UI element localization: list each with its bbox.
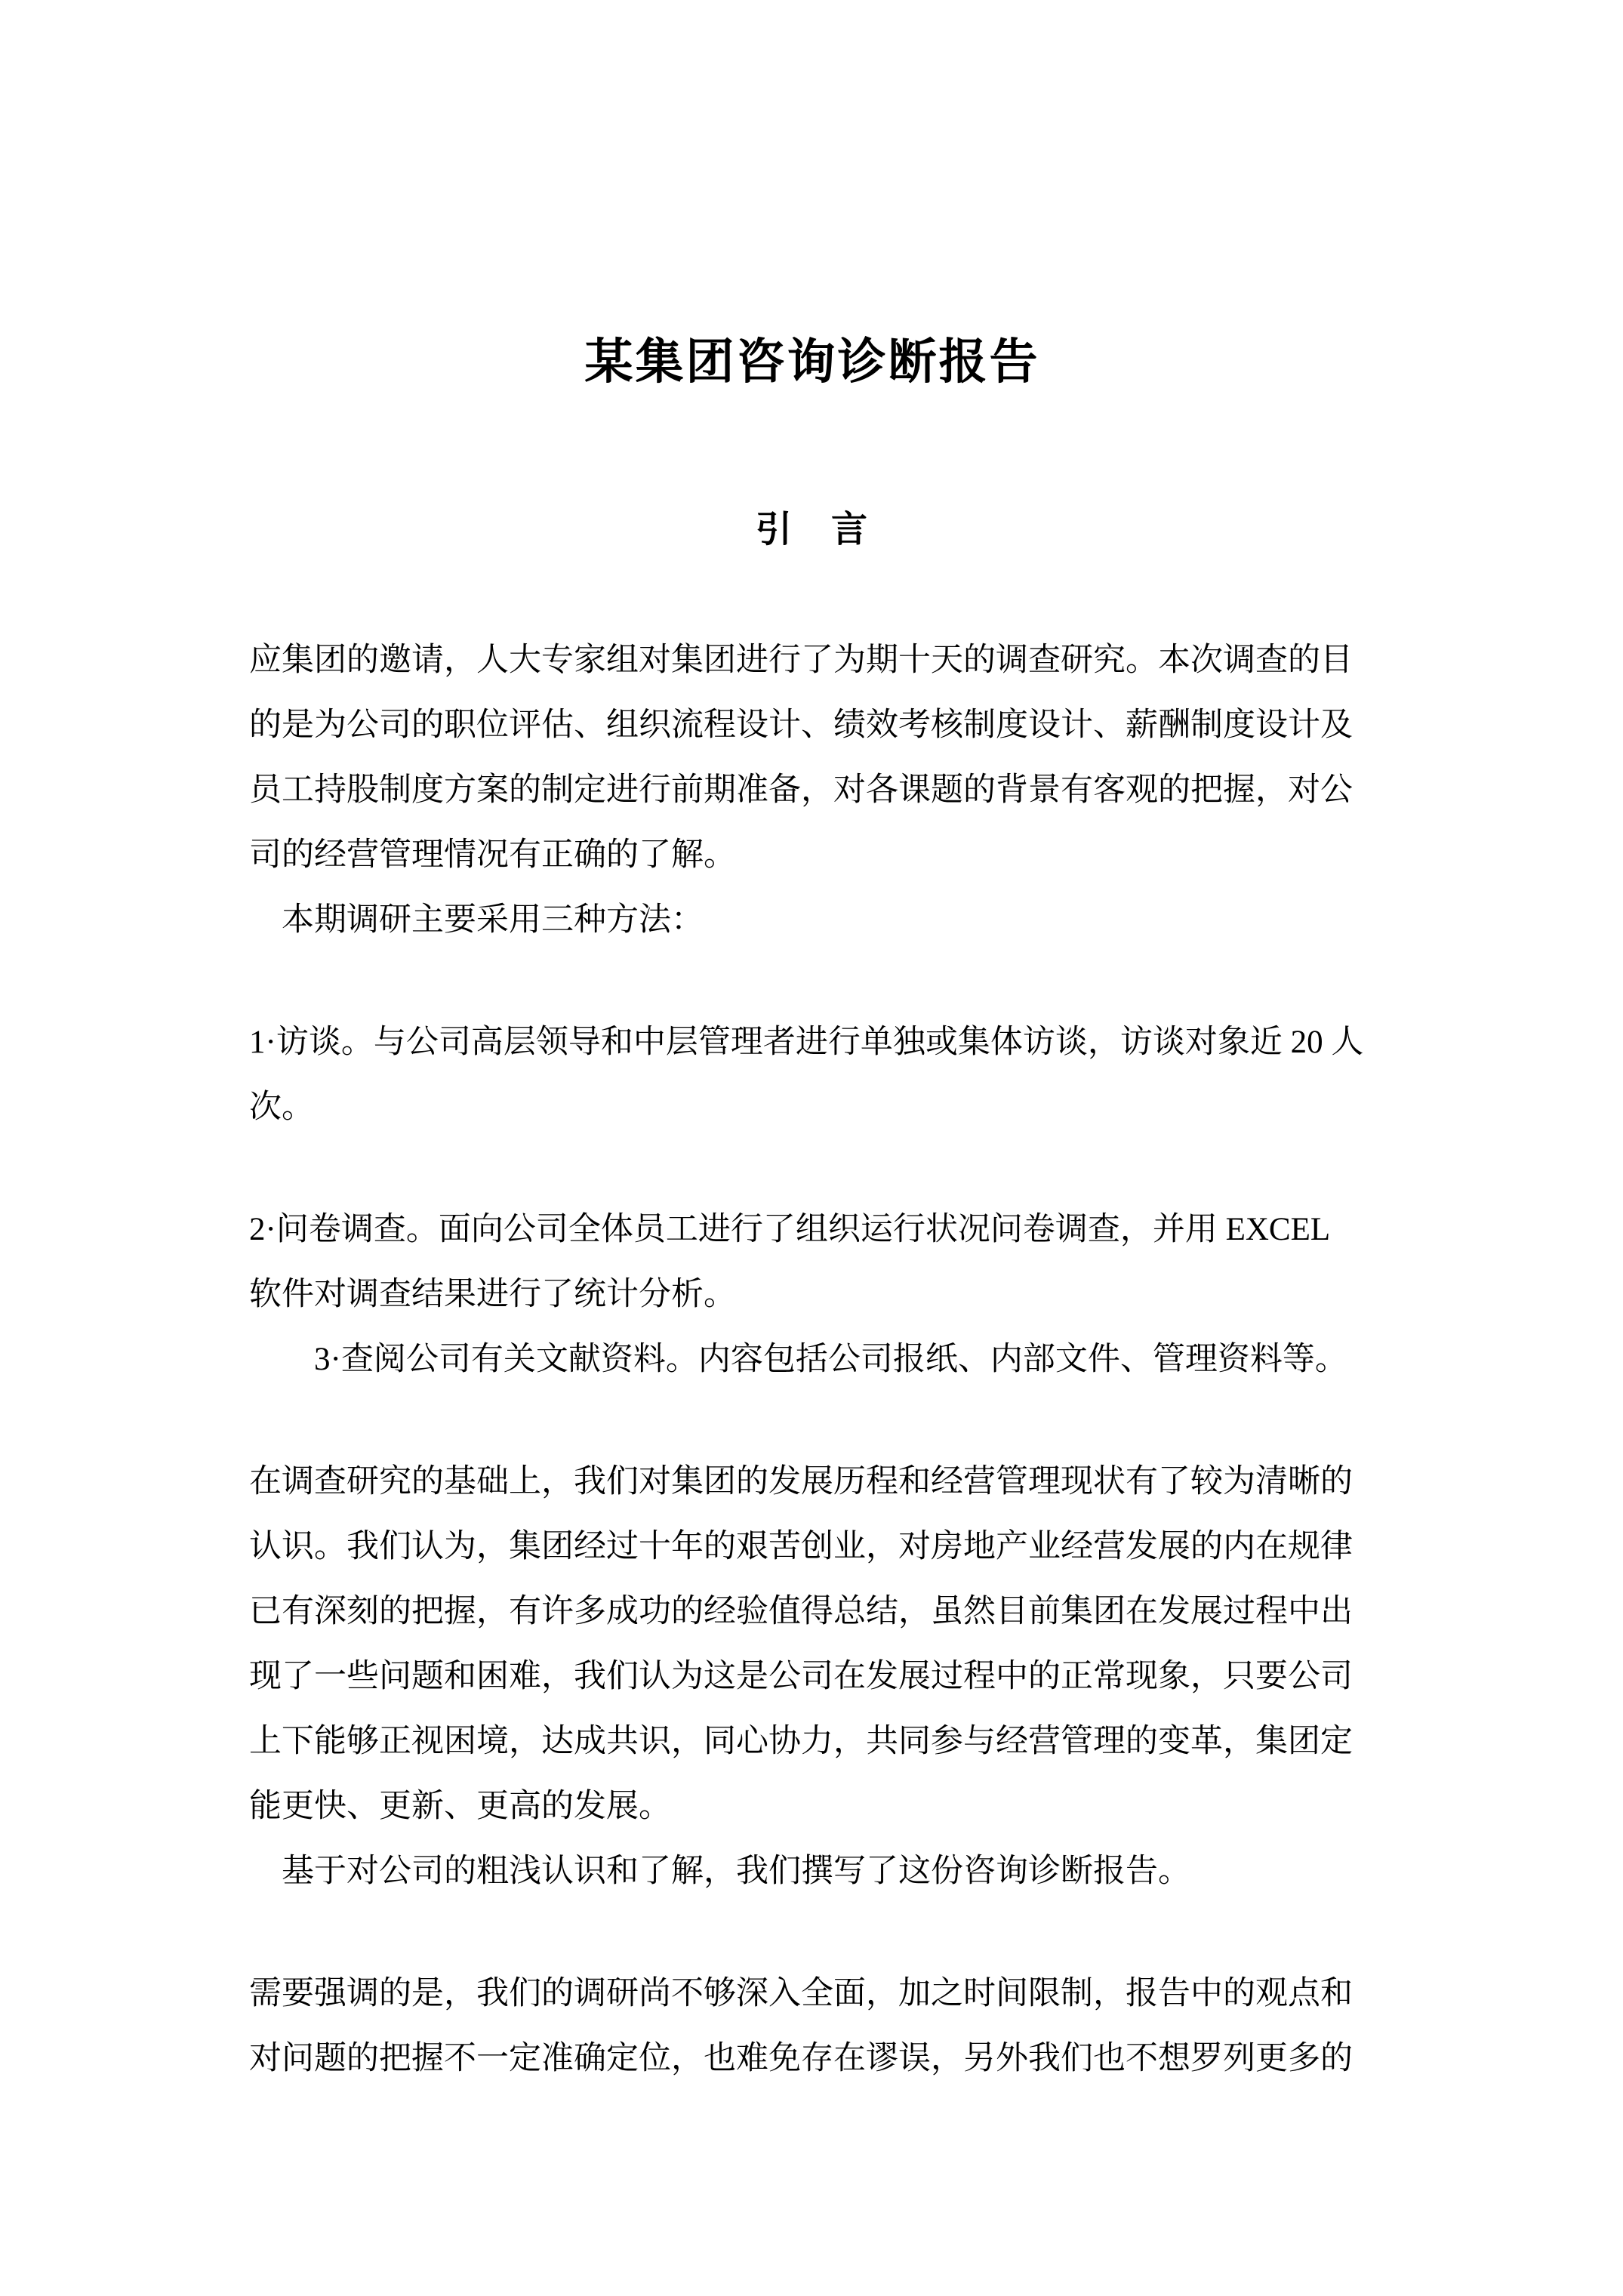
document-page: 某集团咨询诊断报告 引 言 应集团的邀请，人大专家组对集团进行了为期十天的调查研… bbox=[0, 0, 1623, 2296]
text-line: 1·访谈。与公司高层领导和中层管理者进行单独或集体访谈，访谈对象近 20 人 bbox=[249, 1010, 1375, 1075]
document-body: 应集团的邀请，人大专家组对集团进行了为期十天的调查研究。本次调查的目的是为公司的… bbox=[249, 628, 1375, 2091]
paragraph: 需要强调的是，我们的调研尚不够深入全面，加之时间限制，报告中的观点和对问题的把握… bbox=[249, 1962, 1375, 2091]
text-line: 本期调研主要采用三种方法： bbox=[249, 888, 1375, 953]
section-heading: 引 言 bbox=[249, 507, 1375, 553]
text-line: 软件对调查结果进行了统计分析。 bbox=[249, 1262, 1375, 1327]
text-line: 3·查阅公司有关文献资料。内容包括公司报纸、内部文件、管理资料等。 bbox=[249, 1327, 1375, 1392]
paragraph: 在调查研究的基础上，我们对集团的发展历程和经营管理现状有了较为清晰的认识。我们认… bbox=[249, 1450, 1375, 1904]
paragraph: 应集团的邀请，人大专家组对集团进行了为期十天的调查研究。本次调查的目的是为公司的… bbox=[249, 628, 1375, 953]
text-line: 认识。我们认为，集团经过十年的艰苦创业，对房地产业经营发展的内在规律 bbox=[249, 1515, 1375, 1579]
paragraph: 1·访谈。与公司高层领导和中层管理者进行单独或集体访谈，访谈对象近 20 人次。 bbox=[249, 1010, 1375, 1140]
text-line: 对问题的把握不一定准确定位，也难免存在谬误，另外我们也不想罗列更多的 bbox=[249, 2026, 1375, 2091]
text-line: 应集团的邀请，人大专家组对集团进行了为期十天的调查研究。本次调查的目 bbox=[249, 628, 1375, 693]
document-title: 某集团咨询诊断报告 bbox=[249, 336, 1375, 389]
text-line: 司的经营管理情况有正确的了解。 bbox=[249, 823, 1375, 888]
text-line: 在调查研究的基础上，我们对集团的发展历程和经营管理现状有了较为清晰的 bbox=[249, 1450, 1375, 1515]
text-line: 员工持股制度方案的制定进行前期准备，对各课题的背景有客观的把握，对公 bbox=[249, 758, 1375, 823]
text-line: 2·问卷调查。面向公司全体员工进行了组织运行状况问卷调查，并用 EXCEL bbox=[249, 1197, 1375, 1262]
paragraph: 2·问卷调查。面向公司全体员工进行了组织运行状况问卷调查，并用 EXCEL软件对… bbox=[249, 1197, 1375, 1392]
text-line: 能更快、更新、更高的发展。 bbox=[249, 1774, 1375, 1839]
text-line: 现了一些问题和困难，我们认为这是公司在发展过程中的正常现象，只要公司 bbox=[249, 1644, 1375, 1709]
text-line: 已有深刻的把握，有许多成功的经验值得总结，虽然目前集团在发展过程中出 bbox=[249, 1579, 1375, 1644]
text-line: 次。 bbox=[249, 1075, 1375, 1140]
text-line: 基于对公司的粗浅认识和了解，我们撰写了这份咨询诊断报告。 bbox=[249, 1839, 1375, 1904]
text-line: 上下能够正视困境，达成共识，同心协力，共同参与经营管理的变革，集团定 bbox=[249, 1709, 1375, 1774]
text-line: 的是为公司的职位评估、组织流程设计、绩效考核制度设计、薪酬制度设计及 bbox=[249, 693, 1375, 758]
text-line: 需要强调的是，我们的调研尚不够深入全面，加之时间限制，报告中的观点和 bbox=[249, 1962, 1375, 2026]
